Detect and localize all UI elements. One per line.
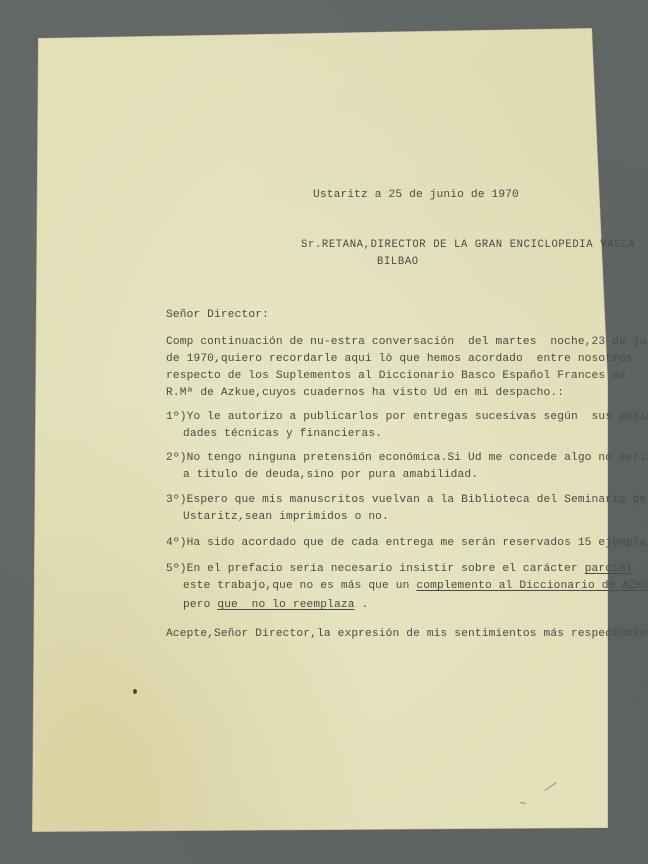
underlined-phrase-reemplaza: que no lo reemplaza: [217, 599, 354, 611]
recipient-city: BILBAO: [377, 256, 419, 269]
point-text: pero: [183, 599, 217, 611]
point-4: 4º)Ha sido acordado que de cada entrega …: [166, 537, 648, 550]
point-5: 5º)En el prefacio sería necesario insist…: [166, 563, 648, 576]
point-number: 4º): [166, 537, 187, 549]
point-3-continuation: Ustaritz,sean imprimidos o no.: [183, 511, 389, 524]
point-5-continuation: este trabajo,que no es más que un comple…: [183, 580, 648, 593]
point-1-continuation: dades técnicas y financieras.: [183, 428, 382, 441]
point-text: .: [355, 599, 369, 611]
point-text: Espero que mis manuscritos vuelvan a la …: [187, 494, 647, 506]
intro-line: respecto de los Suplementos al Diccionar…: [166, 370, 626, 383]
intro-line: de 1970,quiero recordarle aqui lò que he…: [166, 353, 633, 366]
point-5-continuation: pero que no lo reemplaza .: [183, 599, 368, 612]
point-3: 3º)Espero que mis manuscritos vuelvan a …: [166, 494, 646, 507]
point-text: Yo le autorizo a publicarlos por entrega…: [187, 411, 648, 423]
point-text: En el prefacio sería necesario insistir …: [187, 563, 585, 575]
point-text: Ha sido acordado que de cada entrega me …: [187, 537, 648, 549]
place-date: Ustaritz a 25 de junio de 1970: [313, 189, 519, 202]
point-number: 3º): [166, 494, 187, 506]
salutation: Señor Director:: [166, 309, 269, 322]
point-text: No tengo ninguna pretensión económica.Si…: [187, 452, 648, 464]
closing-line: Acepte,Señor Director,la expresión de mi…: [166, 628, 648, 641]
point-number: 1º): [166, 411, 187, 423]
point-1: 1º)Yo le autorizo a publicarlos por entr…: [166, 411, 648, 424]
intro-line: Comp continuación de nu-estra conversaci…: [166, 336, 648, 349]
underlined-phrase-complemento: complemento al Diccionario de AZKUE: [416, 580, 648, 592]
ink-spot: [133, 689, 137, 694]
point-text: este trabajo,que no es más que un: [183, 580, 416, 592]
point-number: 2º): [166, 452, 187, 464]
recipient-line: Sr.RETANA,DIRECTOR DE LA GRAN ENCICLOPED…: [301, 239, 635, 252]
underlined-word-parcial: parcial: [585, 563, 633, 575]
point-number: 5º): [166, 563, 187, 575]
intro-line: R.Mª de Azkue,cuyos cuadernos ha visto U…: [166, 387, 564, 400]
point-2: 2º)No tengo ninguna pretensión económica…: [166, 452, 648, 465]
point-text: de: [633, 563, 648, 575]
point-2-continuation: a titulo de deuda,sino por pura amabilid…: [183, 469, 478, 482]
